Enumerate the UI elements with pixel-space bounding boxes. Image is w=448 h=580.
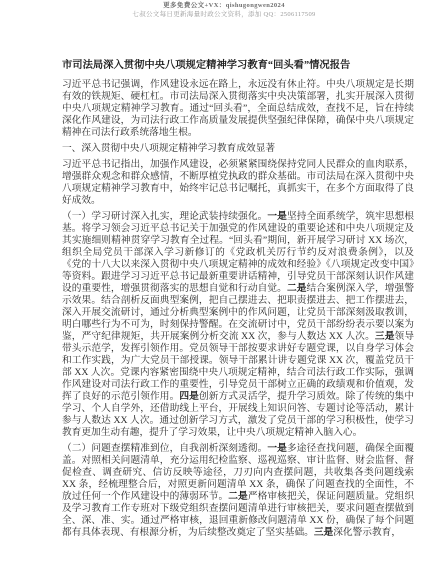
document-page: 更多免费公文+VX：qishugongwen2024 七叔公文每日更新海量时政公… — [0, 0, 448, 580]
paragraph: 习近平总书记强调，作风建设永远在路上，永远没有休止符。中央八项规定是长期有效的铁… — [62, 79, 414, 139]
text-run-bold: 二是 — [228, 491, 248, 502]
text-run: 习近平总书记指出，加强作风建设，必须紧紧围绕保持党同人民群众的血肉联系，增强群众… — [62, 159, 414, 206]
text-run: 深化警示教育， — [333, 527, 401, 538]
text-run-bold: 三是 — [314, 527, 333, 538]
text-run: 习近平总书记强调，作风建设永远在路上，永远没有休止符。中央八项规定是长期有效的铁… — [62, 79, 414, 138]
text-run-bold: 四是 — [179, 391, 199, 402]
watermark-line-2: 七叔公文每日更新海量时政公文资料，添加 QQ：2506117509 — [0, 11, 448, 18]
text-run: （二）问题查摆精准到位，自我剖析深刻透彻。 — [62, 443, 267, 454]
watermark-line-1: 更多免费公文+VX：qishugongwen2024 — [0, 2, 448, 9]
text-run: 一、深入贯彻中央八项规定精神学习教育成效显著 — [62, 143, 275, 154]
document-body: 习近平总书记强调，作风建设永远在路上，永远没有休止符。中央八项规定是长期有效的铁… — [62, 79, 414, 539]
paragraph: （二）问题查摆精准到位，自我剖析深刻透彻。一是多途径查找问题，确保全面覆盖。对照… — [62, 443, 414, 539]
document-content: 市司法局深入贯彻中央八项规定精神学习教育“回头看”情况报告 习近平总书记强调，作… — [62, 59, 414, 539]
paragraph: （一）学习研讨深入扎实，理论武装持续强化。一是坚持全面系统学，筑牢思想根基。将学… — [62, 211, 414, 439]
text-run-bold: 二是 — [287, 283, 307, 294]
text-run-bold: 一是 — [267, 211, 287, 222]
watermark-header: 更多免费公文+VX：qishugongwen2024 七叔公文每日更新海量时政公… — [0, 0, 448, 18]
paragraph: 习近平总书记指出，加强作风建设，必须紧紧围绕保持党同人民群众的血肉联系，增强群众… — [62, 159, 414, 207]
document-title: 市司法局深入贯彻中央八项规定精神学习教育“回头看”情况报告 — [62, 59, 414, 72]
text-run: 坚持全面系统学，筑牢思想根基。将学习领会习近平总书记关于加强党的作风建设的重要论… — [62, 211, 414, 294]
text-run-bold: 三是 — [375, 331, 395, 342]
text-run-bold: 一是 — [267, 443, 287, 454]
section-heading: 一、深入贯彻中央八项规定精神学习教育成效显著 — [62, 143, 414, 155]
text-run: （一）学习研讨深入扎实，理论武装持续强化。 — [62, 211, 267, 222]
